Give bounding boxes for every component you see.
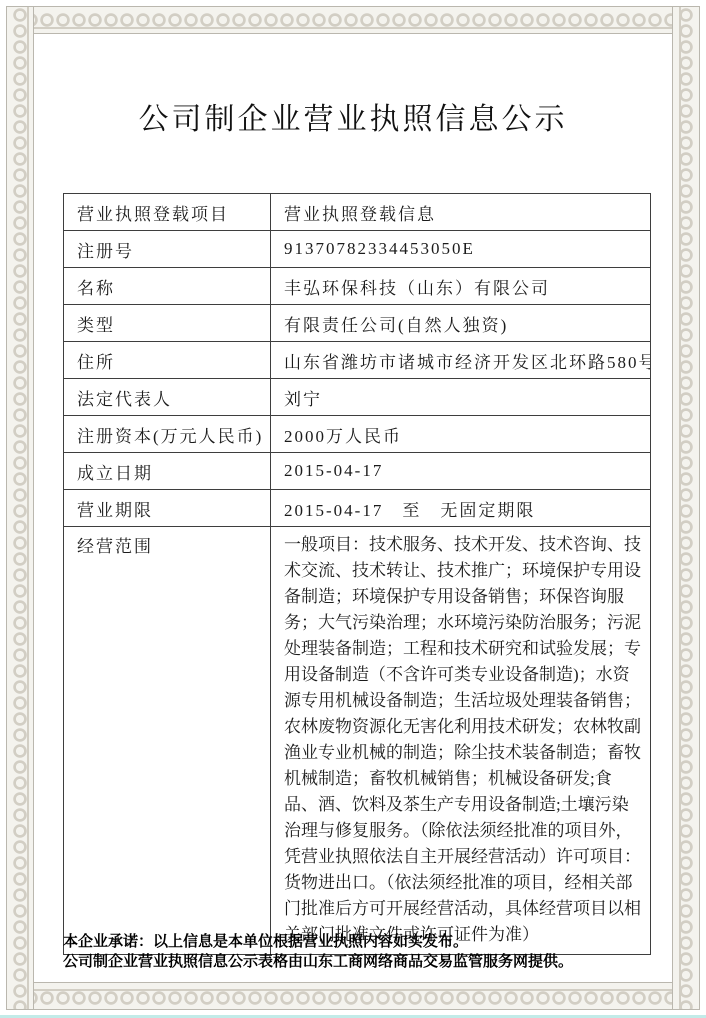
table-row: 法定代表人 刘宁: [64, 379, 651, 416]
table-row: 注册资本(万元人民币) 2000万人民币: [64, 416, 651, 453]
row-label: 经营范围: [64, 527, 271, 955]
row-label: 营业执照登载项目: [64, 194, 271, 231]
footer-line-commitment: 本企业承诺：以上信息是本单位根据营业执照内容如实发布。: [63, 932, 666, 952]
row-value: 丰弘环保科技（山东）有限公司: [271, 268, 651, 305]
row-value: 刘宁: [271, 379, 651, 416]
row-label: 类型: [64, 305, 271, 342]
license-disclosure-page: { "page": { "title": "公司制企业营业执照信息公示" }, …: [0, 0, 706, 1018]
row-value: 山东省潍坊市诸城市经济开发区北环路580号: [271, 342, 651, 379]
table-row: 营业执照登载项目 营业执照登载信息: [64, 194, 651, 231]
table-row: 经营范围 一般项目：技术服务、技术开发、技术咨询、技术交流、技术转让、技术推广；…: [64, 527, 651, 955]
row-label: 成立日期: [64, 453, 271, 490]
row-value: 2015-04-17 至 无固定期限: [271, 490, 651, 527]
footer-line-provider: 公司制企业营业执照信息公示表格由山东工商网络商品交易监管服务网提供。: [63, 952, 666, 972]
row-value: 2015-04-17: [271, 453, 651, 490]
frame-border-top: [6, 6, 700, 34]
frame-border-bottom: [6, 982, 700, 1010]
frame-border-right: [672, 6, 700, 1010]
row-value: 营业执照登载信息: [271, 194, 651, 231]
table-row: 名称 丰弘环保科技（山东）有限公司: [64, 268, 651, 305]
license-table: 营业执照登载项目 营业执照登载信息 注册号 91370782334453050E…: [63, 193, 651, 955]
row-label: 名称: [64, 268, 271, 305]
row-label: 注册资本(万元人民币): [64, 416, 271, 453]
page-title: 公司制企业营业执照信息公示: [34, 94, 672, 138]
row-label: 注册号: [64, 231, 271, 268]
row-value: 2000万人民币: [271, 416, 651, 453]
table-row: 住所 山东省潍坊市诸城市经济开发区北环路580号: [64, 342, 651, 379]
table-row: 注册号 91370782334453050E: [64, 231, 651, 268]
table-row: 类型 有限责任公司(自然人独资): [64, 305, 651, 342]
frame-border-left: [6, 6, 34, 1010]
row-value: 91370782334453050E: [271, 231, 651, 268]
row-value: 有限责任公司(自然人独资): [271, 305, 651, 342]
table-row: 营业期限 2015-04-17 至 无固定期限: [64, 490, 651, 527]
row-label: 住所: [64, 342, 271, 379]
row-label: 法定代表人: [64, 379, 271, 416]
license-table-body: 营业执照登载项目 营业执照登载信息 注册号 91370782334453050E…: [64, 194, 651, 955]
table-row: 成立日期 2015-04-17: [64, 453, 651, 490]
row-label: 营业期限: [64, 490, 271, 527]
row-value: 一般项目：技术服务、技术开发、技术咨询、技术交流、技术转让、技术推广；环境保护专…: [271, 527, 651, 955]
footer-note: 本企业承诺：以上信息是本单位根据营业执照内容如实发布。 公司制企业营业执照信息公…: [63, 932, 666, 972]
